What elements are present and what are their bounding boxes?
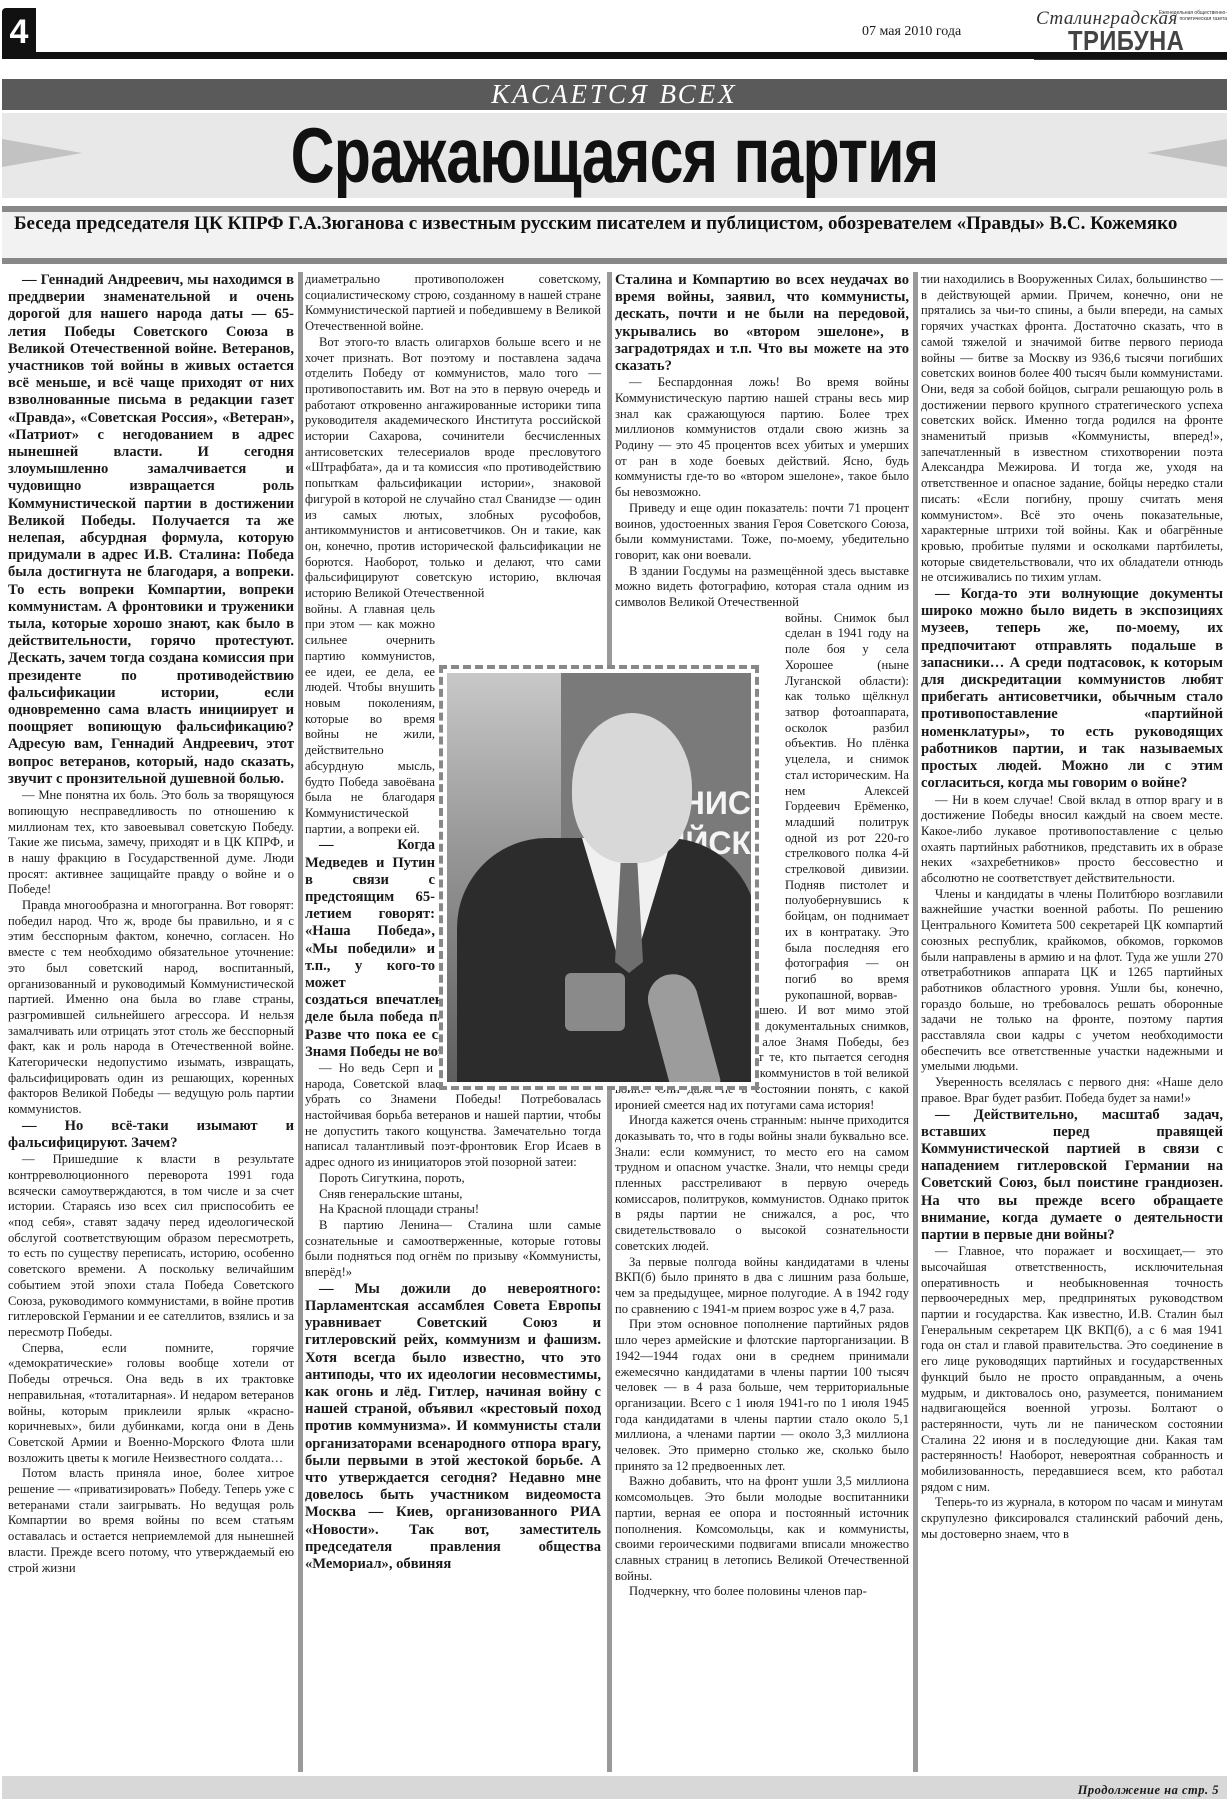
interview-answer: При этом основное пополнение партийных р… xyxy=(615,1317,909,1474)
page-number: 4 xyxy=(2,8,36,58)
interview-answer: За первые полгода войны кандидатами в чл… xyxy=(615,1255,909,1318)
article-photo-frame: МУНИС СИЙСК xyxy=(439,665,759,1090)
photo-figure-head xyxy=(572,713,692,863)
interview-answer: В партию Ленина— Сталина шли самые созна… xyxy=(305,1218,601,1281)
article-deck: Беседа председателя ЦК КПРФ Г.А.Зюганова… xyxy=(2,206,1227,264)
interview-answer: — Мне понятна их боль. Это боль за творя… xyxy=(8,788,294,898)
interview-answer: Теперь-то из журнала, в котором по часам… xyxy=(921,1495,1223,1542)
column-rule xyxy=(298,272,303,1772)
article-column-4: тии находились в Вооруженных Силах, боль… xyxy=(921,272,1223,1543)
headline-band: Сражающаяся партия xyxy=(2,113,1227,198)
interview-answer: диаметрально противоположен советскому, … xyxy=(305,272,601,335)
microphone-icon xyxy=(565,973,625,1031)
interview-answer: — Ни в коем случае! Свой вклад в отпор в… xyxy=(921,793,1223,887)
interview-answer: тии находились в Вооруженных Силах, боль… xyxy=(921,272,1223,586)
interview-answer: Вот этого-то власть олигархов больше все… xyxy=(305,335,601,602)
interview-answer: Приведу и еще один показатель: почти 71 … xyxy=(615,501,909,564)
interview-answer: войны. А главная цель при этом — как мож… xyxy=(305,602,435,838)
interview-question: Сталина и Компартию во всех неудачах во … xyxy=(615,272,909,375)
interview-answer: Иногда кажется очень странным: нынче при… xyxy=(615,1113,909,1254)
interview-answer: Правда многообразна и многогранна. Вот г… xyxy=(8,898,294,1118)
interview-answer: В здании Госдумы на размещённой здесь вы… xyxy=(615,564,909,611)
interview-answer: — Беспардонная ложь! Во время войны Комм… xyxy=(615,375,909,501)
interview-question: — Мы дожили до невероятного: Парламентск… xyxy=(305,1281,601,1573)
interview-question: — Но всё-таки изымают и фальсифицируют. … xyxy=(8,1118,294,1152)
poem-line: Пороть Сигуткина, пороть, xyxy=(305,1171,601,1187)
interview-answer: Уверенность вселялась с первого дня: «На… xyxy=(921,1075,1223,1106)
newspaper-logo: Сталинградская ТРИБУНА Еженедельная обще… xyxy=(1032,8,1227,58)
footer-band xyxy=(2,1776,1227,1799)
arrow-left-decoration-icon xyxy=(2,139,82,167)
poem-line: На Красной площади страны! xyxy=(305,1202,601,1218)
article-column-1: — Геннадий Андреевич, мы находимся в пре… xyxy=(8,272,294,1576)
section-rubric: КАСАЕТСЯ ВСЕХ xyxy=(2,79,1227,110)
issue-date: 07 мая 2010 года xyxy=(862,24,961,40)
interview-answer: — Главное, что поражает и восхищает,— эт… xyxy=(921,1244,1223,1495)
article-headline: Сражающаяся партия xyxy=(137,113,1093,197)
interview-answer: Сперва, если помните, горячие «демократи… xyxy=(8,1341,294,1467)
interview-question: — Геннадий Андреевич, мы находимся в пре… xyxy=(8,272,294,788)
continued-on-page-link[interactable]: Продолжение на стр. 5 xyxy=(1078,1783,1219,1798)
interview-answer: Члены и кандидаты в члены Политбюро возг… xyxy=(921,887,1223,1075)
logo-tagline: Еженедельная общественно-политическая га… xyxy=(1137,10,1227,22)
interview-answer: Потом власть приняла иное, более хитрое … xyxy=(8,1466,294,1576)
masthead: 4 07 мая 2010 года Сталинградская ТРИБУН… xyxy=(0,0,1227,60)
article-photo: МУНИС СИЙСК xyxy=(447,673,751,1082)
interview-answer: — Пришедшие к власти в результате контрр… xyxy=(8,1152,294,1340)
poem-line: Сняв генеральские штаны, xyxy=(305,1187,601,1203)
interview-answer: войны. Снимок был сделан в 1941 году на … xyxy=(785,611,909,1004)
interview-question: — Когда Медведев и Путин в связи с предс… xyxy=(305,837,435,992)
arrow-right-decoration-icon xyxy=(1147,139,1227,167)
column-rule xyxy=(913,272,918,1772)
interview-question: — Когда-то эти волнующие документы широк… xyxy=(921,586,1223,792)
masthead-rule xyxy=(2,52,1227,59)
interview-answer: Важно добавить, что на фронт ушли 3,5 ми… xyxy=(615,1474,909,1584)
interview-question: — Действительно, масштаб задач, вставших… xyxy=(921,1107,1223,1245)
interview-answer: Подчеркну, что более половины членов пар… xyxy=(615,1584,909,1600)
